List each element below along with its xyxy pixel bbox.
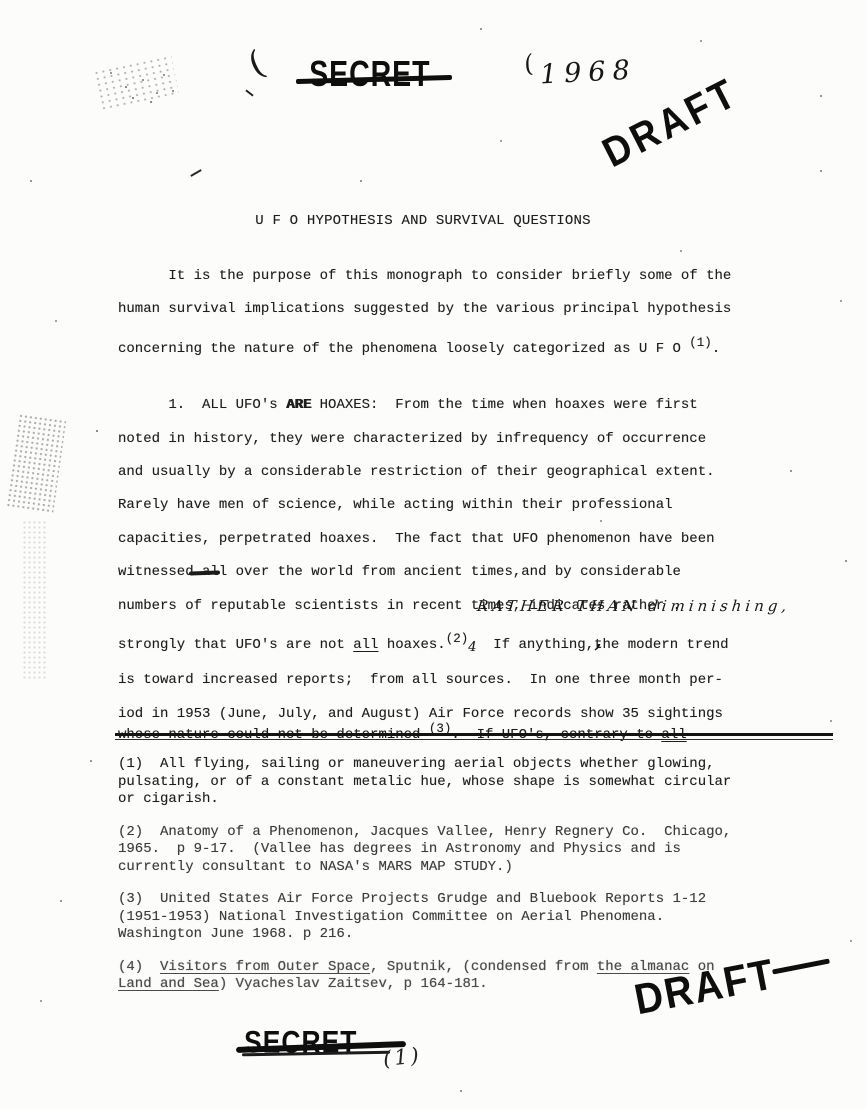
text-segment: If anything,the modern trend xyxy=(476,637,728,653)
text-line: (1) All flying, sailing or maneuvering a… xyxy=(118,756,731,774)
body-text: It is the purpose of this monograph to c… xyxy=(118,260,731,753)
text-segment: currently consultant to NASA's MARS MAP … xyxy=(118,859,513,875)
footnote: (1) All flying, sailing or maneuvering a… xyxy=(118,756,731,809)
text-segment: 1965. p 9-17. (Vallee has degrees in Ast… xyxy=(118,841,681,857)
footnote: (3) United States Air Force Projects Gru… xyxy=(118,891,731,944)
text-segment: capacities, perpetrated hoaxes. The fact… xyxy=(118,531,715,547)
paragraph: It is the purpose of this monograph to c… xyxy=(118,260,731,366)
text-line: pulsating, or of a constant metalic hue,… xyxy=(118,774,731,792)
footnotes: (1) All flying, sailing or maneuvering a… xyxy=(118,756,731,1009)
handwritten-comma: , xyxy=(594,624,602,654)
handwritten-insertion: RATHER THAN diminishing, xyxy=(476,597,791,615)
text-line: currently consultant to NASA's MARS MAP … xyxy=(118,859,731,877)
text-segment: Land and Sea xyxy=(118,976,219,992)
text-segment: (1) xyxy=(689,336,712,350)
text-line: Rarely have men of science, while acting… xyxy=(118,489,731,522)
scan-smudge xyxy=(22,520,48,680)
text-segment: 1. ALL UFO's xyxy=(118,397,286,413)
text-segment: or cigarish. xyxy=(118,791,219,807)
text-segment: is toward increased reports; from all so… xyxy=(118,672,723,688)
text-segment: noted in history, they were characterize… xyxy=(118,431,706,447)
text-segment: pulsating, or of a constant metalic hue,… xyxy=(118,774,731,790)
text-segment: ARE xyxy=(286,397,311,413)
footnote: (2) Anatomy of a Phenomenon, Jacques Val… xyxy=(118,824,731,877)
scan-smudge xyxy=(93,54,180,112)
document-title: U F O HYPOTHESIS AND SURVIVAL QUESTIONS xyxy=(118,213,728,229)
text-segment: (2) Anatomy of a Phenomenon, Jacques Val… xyxy=(118,824,731,840)
text-segment: Visitors from Outer Space xyxy=(160,959,370,975)
pen-mark-icon xyxy=(190,169,201,177)
text-line: strongly that UFO's are not all hoaxes.(… xyxy=(118,623,731,664)
text-segment: Washington June 1968. p 216. xyxy=(118,926,353,942)
text-line: and usually by a considerable restrictio… xyxy=(118,456,731,489)
text-line: noted in history, they were characterize… xyxy=(118,423,731,456)
scanned-document-page: ( SECRET ( 1968 DRAFT U F O HYPOTHESIS A… xyxy=(0,0,866,1109)
text-segment: ) Vyacheslav Zaitsev, p 164-181. xyxy=(219,976,488,992)
text-segment: (1) All flying, sailing or maneuvering a… xyxy=(118,756,715,772)
scan-noise-specks xyxy=(0,0,2,2)
text-line: 1965. p 9-17. (Vallee has degrees in Ast… xyxy=(118,841,731,859)
text-segment: all xyxy=(353,637,378,653)
text-line: (2) Anatomy of a Phenomenon, Jacques Val… xyxy=(118,824,731,842)
text-segment: human survival implications suggested by… xyxy=(118,301,731,317)
scan-smudge xyxy=(6,413,67,514)
handwritten-year: 1968 xyxy=(539,54,637,90)
text-line: is toward increased reports; from all so… xyxy=(118,664,731,697)
text-line: concerning the nature of the phenomena l… xyxy=(118,327,731,366)
text-segment: (2) xyxy=(446,632,469,646)
handwritten-page-number: (1) xyxy=(382,1043,423,1071)
text-line: 1. ALL UFO's ARE HOAXES: From the time w… xyxy=(118,389,731,422)
text-segment: (1951-1953) National Investigation Commi… xyxy=(118,909,664,925)
text-segment: HOAXES: From the time when hoaxes were f… xyxy=(311,397,697,413)
pen-mark-icon: ( xyxy=(242,43,270,85)
text-segment: , Sputnik, (condensed from xyxy=(370,959,597,975)
text-segment: and usually by a considerable restrictio… xyxy=(118,464,715,480)
text-segment: hoaxes. xyxy=(378,637,445,653)
text-segment: strongly that UFO's are not xyxy=(118,637,353,653)
footnote-separator-rule xyxy=(115,733,833,740)
text-segment: It is the purpose of this monograph to c… xyxy=(118,268,731,284)
text-segment: Rarely have men of science, while acting… xyxy=(118,497,673,513)
text-line: (4) Visitors from Outer Space, Sputnik, … xyxy=(118,959,731,977)
text-segment: . xyxy=(712,341,720,357)
text-line: (3) United States Air Force Projects Gru… xyxy=(118,891,731,909)
stamp-ink-tail xyxy=(772,959,830,975)
text-line: human survival implications suggested by… xyxy=(118,293,731,326)
text-line: or cigarish. xyxy=(118,791,731,809)
text-line: Washington June 1968. p 216. xyxy=(118,926,731,944)
text-segment: (4) xyxy=(118,959,160,975)
text-segment: concerning the nature of the phenomena l… xyxy=(118,341,689,357)
text-segment: (3) United States Air Force Projects Gru… xyxy=(118,891,706,907)
text-line: It is the purpose of this monograph to c… xyxy=(118,260,731,293)
text-line: (1951-1953) National Investigation Commi… xyxy=(118,909,731,927)
text-line: capacities, perpetrated hoaxes. The fact… xyxy=(118,523,731,556)
handwritten-paren: ( xyxy=(521,49,537,78)
pen-mark-icon xyxy=(245,89,253,96)
